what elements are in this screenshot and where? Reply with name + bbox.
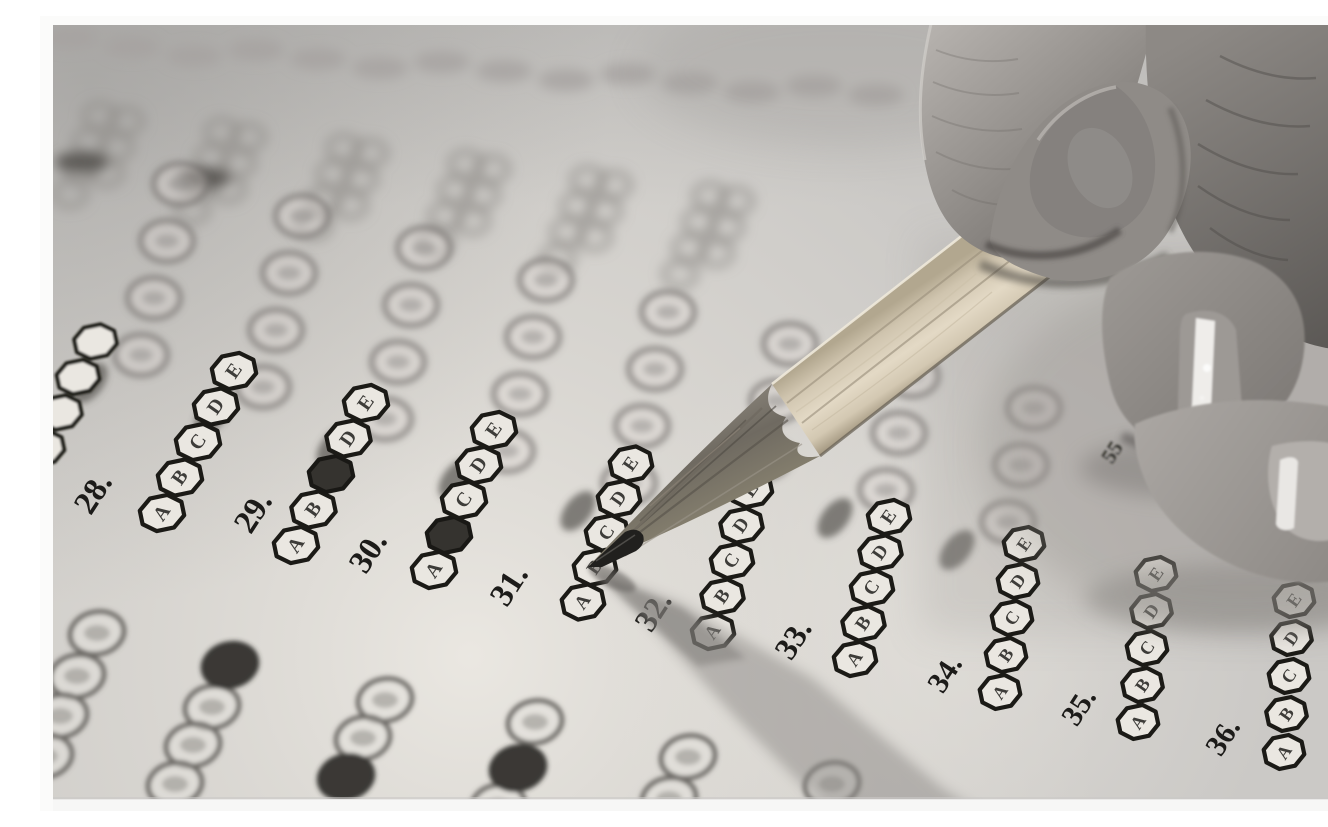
mid-bubble-letter-smudge [386,355,410,369]
nail-sparkle [1200,396,1205,401]
mid-bubble-letter-smudge [656,305,680,319]
scantron-photo: Black-and-white close-up photograph of a… [40,16,1328,811]
mid-bubble-letter-smudge [142,291,166,305]
mid-bubble-letter-smudge [264,323,288,337]
frame-top [40,16,1328,25]
near-bubble-letter-smudge [180,737,206,753]
far-smudge [476,60,532,82]
frame-left [40,16,53,811]
near-bubble-letter-smudge [675,749,701,765]
mid-bubble-letter-smudge [277,266,301,280]
near-bubble-letter-smudge [372,692,398,708]
far-smudge [290,48,346,70]
mid-bubble-letter-smudge [412,241,436,255]
mid-bubble-letter-smudge [129,348,153,362]
far-filled-bubble [55,151,109,173]
mid-bubble-letter-smudge [168,177,192,191]
mid-bubble-letter-smudge [508,387,532,401]
mid-bubble-letter-smudge [251,380,275,394]
bubble-x-D [57,360,99,394]
far-smudge [166,45,222,67]
mid-bubble-letter-smudge [521,330,545,344]
bubble-x-E [74,324,116,358]
mid-bubble-letter-smudge [630,419,654,433]
bubble-29-C-filled [309,456,353,492]
frame-bottom-edge [40,797,1328,800]
far-smudge [228,39,284,61]
mid-bubble-letter-smudge [399,298,423,312]
mid-bubble-letter-smudge [290,209,314,223]
far-smudge [414,51,470,73]
far-smudge [538,69,594,91]
far-smudge [104,36,160,58]
near-bubble-letter-smudge [162,776,188,792]
near-bubble-letter-smudge [84,625,110,641]
near-bubble-letter-smudge [522,714,548,730]
bubble-30-B-filled [427,517,471,553]
near-bubble-letter-smudge [350,730,376,746]
answer-sheet-scene: 28.ABCDE29.ABDE30.ACDE31.ABCDE32.ABCDE33… [40,16,1328,811]
near-bubble-letter-smudge [64,668,90,684]
mid-bubble-letter-smudge [155,234,179,248]
mid-bubble-letter-smudge [874,483,898,497]
near-bubble-letter-smudge [199,699,225,715]
nail-sparkle [1203,364,1211,372]
mid-bubble-letter-smudge [643,362,667,376]
far-smudge [352,57,408,79]
mid-bubble-letter-smudge [778,337,802,351]
frame-bottom [40,799,1328,811]
mid-bubble-letter-smudge [534,273,558,287]
mid-bubble-letter-smudge [887,426,911,440]
